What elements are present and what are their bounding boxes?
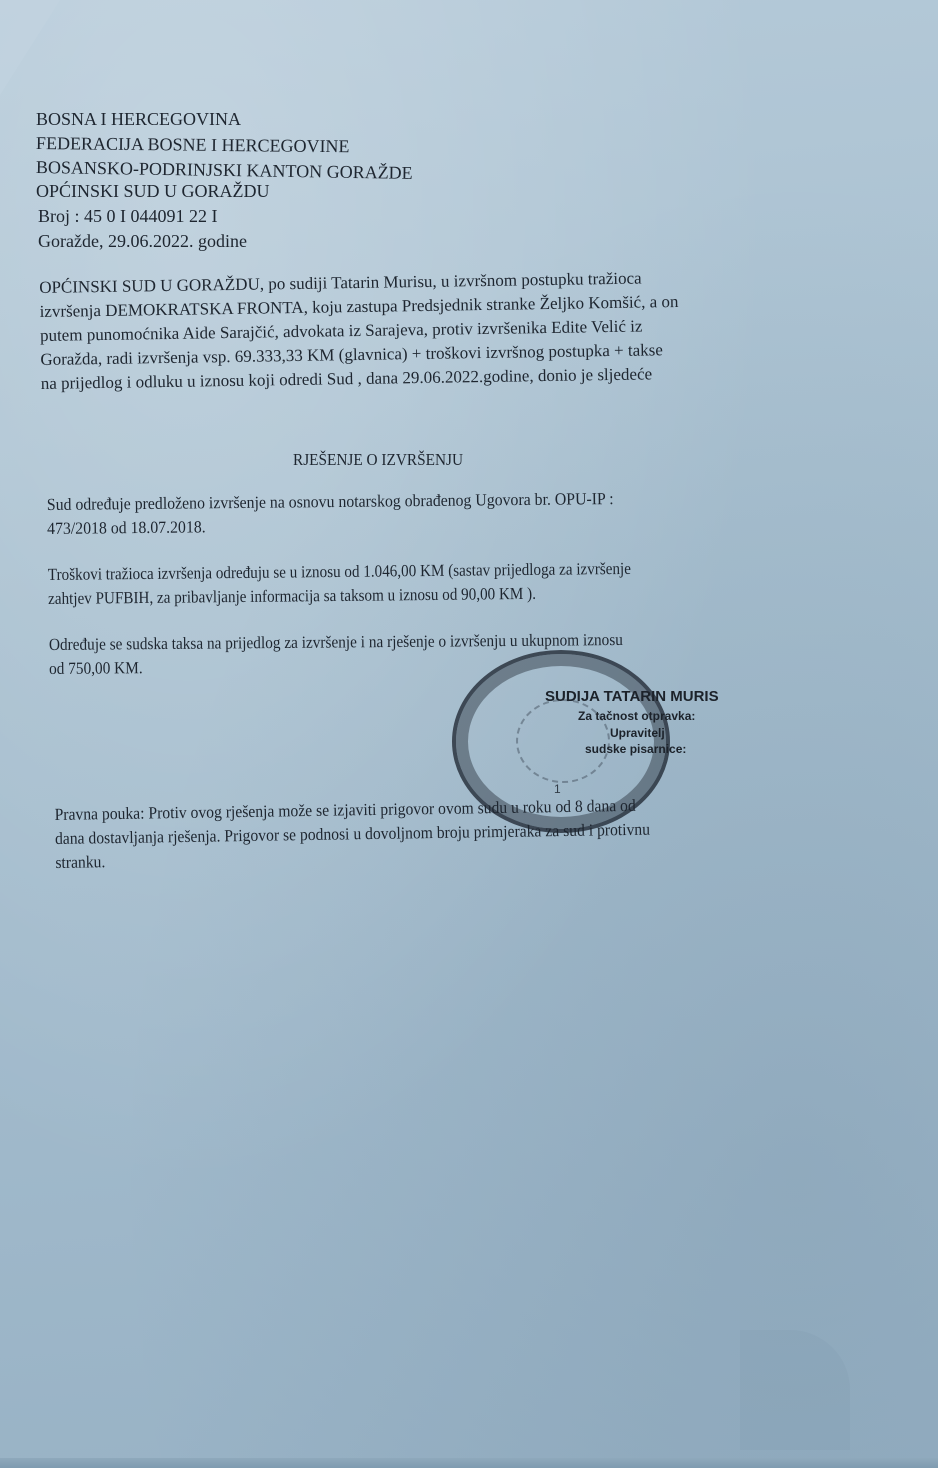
ruling-paragraph-costs: Troškovi tražioca izvršenja određuju se …	[48, 556, 725, 611]
header-country: BOSNA I HERCEGOVINA	[36, 108, 241, 130]
paper-crease	[740, 1330, 850, 1450]
stamp-manager-label: Upravitelj	[610, 726, 665, 740]
stamp-registry-label: sudske pisarnice:	[585, 742, 686, 756]
judge-signature: SUDIJA TATARIN MURIS	[545, 688, 719, 705]
document-date: Goražde, 29.06.2022. godine	[38, 230, 247, 252]
header-court: OPĆINSKI SUD U GORAŽDU	[36, 180, 270, 202]
folded-corner	[0, 0, 60, 95]
ruling-paragraph-basis: Sud određuje predloženo izvršenje na osn…	[47, 486, 754, 541]
stamp-number: 1	[554, 782, 561, 796]
stamp-accuracy-label: Za tačnost otpravka:	[578, 709, 695, 723]
legal-notice: Pravna pouka: Protiv ovog rješenja može …	[54, 791, 791, 875]
header-federation: FEDERACIJA BOSNE I HERCEGOVINE	[36, 132, 350, 157]
case-number: Broj : 45 0 I 044091 22 I	[38, 205, 218, 227]
ruling-title: RJEŠENJE O IZVRŠENJU	[293, 450, 463, 470]
intro-paragraph: OPĆINSKI SUD U GORAŽDU, po sudiji Tatari…	[39, 264, 801, 396]
paper-edge	[0, 1458, 938, 1468]
